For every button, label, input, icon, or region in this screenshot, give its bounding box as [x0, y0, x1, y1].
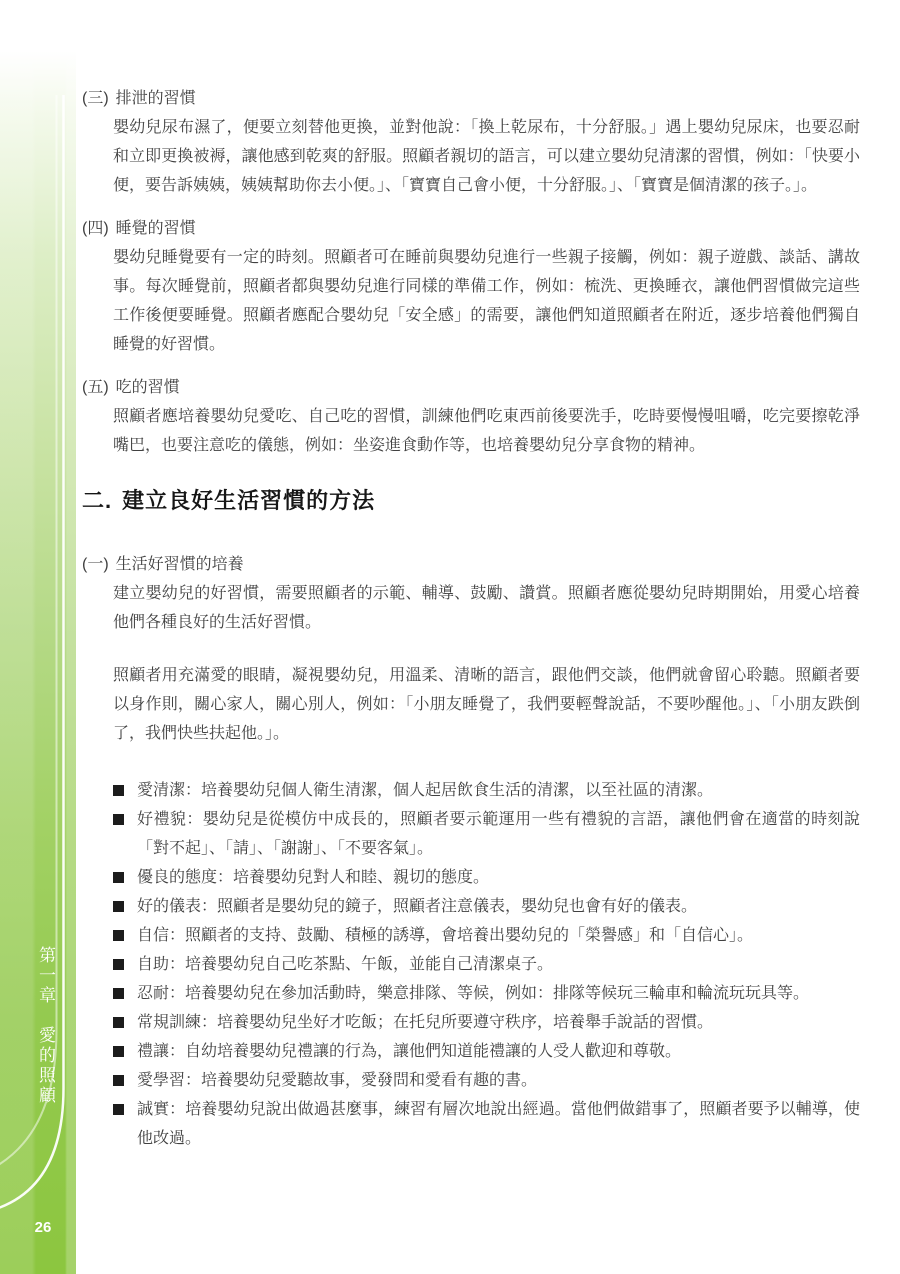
- bullet-text: 優良的態度：培養嬰幼兒對人和睦、親切的態度。: [137, 863, 860, 892]
- section-header: (三)排泄的習慣: [82, 84, 860, 113]
- section-body: 照顧者應培養嬰幼兒愛吃、自己吃的習慣，訓練他們吃東西前後要洗手，吃時要慢慢咀嚼，…: [113, 402, 860, 460]
- subsection-title: 生活好習慣的培養: [116, 556, 244, 573]
- list-item: 優良的態度：培養嬰幼兒對人和睦、親切的態度。: [113, 863, 860, 892]
- bullet-square-icon: [113, 901, 124, 912]
- chapter-vertical-label: 第一章 愛的照顧: [33, 946, 58, 1106]
- list-item: 愛清潔：培養嬰幼兒個人衛生清潔，個人起居飲食生活的清潔，以至社區的清潔。: [113, 776, 860, 805]
- section-title: 睡覺的習慣: [116, 220, 196, 237]
- bullet-square-icon: [113, 872, 124, 883]
- bullet-text: 忍耐：培養嬰幼兒在參加活動時，樂意排隊、等候，例如：排隊等候玩三輪車和輪流玩玩具…: [137, 979, 860, 1008]
- chapter-section-heading: 二.建立良好生活習慣的方法: [82, 486, 860, 516]
- bullet-text: 禮讓：自幼培養嬰幼兒禮讓的行為，讓他們知道能禮讓的人受人歡迎和尊敬。: [137, 1037, 860, 1066]
- section-header: (四)睡覺的習慣: [82, 214, 860, 243]
- section-label: (三): [82, 90, 109, 107]
- heading-text: 建立良好生活習慣的方法: [122, 488, 375, 513]
- bullet-text: 誠實：培養嬰幼兒說出做過甚麼事，練習有層次地說出經過。當他們做錯事了，照顧者要予…: [137, 1095, 860, 1153]
- section-excretion-habit: (三)排泄的習慣 嬰幼兒尿布濕了，便要立刻替他更換，並對他說：「換上乾尿布，十分…: [82, 84, 860, 200]
- bullet-text: 好的儀表：照顧者是嬰幼兒的鏡子，照顧者注意儀表，嬰幼兒也會有好的儀表。: [137, 892, 860, 921]
- bullet-square-icon: [113, 930, 124, 941]
- list-item: 忍耐：培養嬰幼兒在參加活動時，樂意排隊、等候，例如：排隊等候玩三輪車和輪流玩玩具…: [113, 979, 860, 1008]
- bullet-text: 自助：培養嬰幼兒自己吃茶點、午飯，並能自己清潔桌子。: [137, 950, 860, 979]
- page-number: 26: [26, 1219, 60, 1236]
- bullet-text: 好禮貌：嬰幼兒是從模仿中成長的，照顧者要示範運用一些有禮貌的言語，讓他們會在適當…: [137, 805, 860, 863]
- habit-bullet-list: 愛清潔：培養嬰幼兒個人衛生清潔，個人起居飲食生活的清潔，以至社區的清潔。 好禮貌…: [113, 776, 860, 1153]
- list-item: 愛學習：培養嬰幼兒愛聽故事，愛發問和愛看有趣的書。: [113, 1066, 860, 1095]
- section-title: 排泄的習慣: [116, 90, 196, 107]
- bullet-square-icon: [113, 1075, 124, 1086]
- section-sleep-habit: (四)睡覺的習慣 嬰幼兒睡覺要有一定的時刻。照顧者可在睡前與嬰幼兒進行一些親子接…: [82, 214, 860, 359]
- chapter-sidebar: 第一章 愛的照顧 26: [0, 0, 76, 1274]
- section-body: 嬰幼兒尿布濕了，便要立刻替他更換，並對他說：「換上乾尿布，十分舒服。」遇上嬰幼兒…: [113, 113, 860, 200]
- subsection-good-habit-cultivation: (一)生活好習慣的培養 建立嬰幼兒的好習慣，需要照顧者的示範、輔導、鼓勵、讚賞。…: [82, 550, 860, 748]
- bullet-square-icon: [113, 814, 124, 825]
- bullet-text: 自信：照顧者的支持、鼓勵、積極的誘導，會培養出嬰幼兒的「榮譽感」和「自信心」。: [137, 921, 860, 950]
- bullet-text: 愛學習：培養嬰幼兒愛聽故事，愛發問和愛看有趣的書。: [137, 1066, 860, 1095]
- bullet-square-icon: [113, 1046, 124, 1057]
- list-item: 好的儀表：照顧者是嬰幼兒的鏡子，照顧者注意儀表，嬰幼兒也會有好的儀表。: [113, 892, 860, 921]
- list-item: 常規訓練：培養嬰幼兒坐好才吃飯；在托兒所要遵守秩序，培養舉手說話的習慣。: [113, 1008, 860, 1037]
- section-label: (四): [82, 220, 109, 237]
- list-item: 好禮貌：嬰幼兒是從模仿中成長的，照顧者要示範運用一些有禮貌的言語，讓他們會在適當…: [113, 805, 860, 863]
- bullet-text: 常規訓練：培養嬰幼兒坐好才吃飯；在托兒所要遵守秩序，培養舉手說話的習慣。: [137, 1008, 860, 1037]
- subsection-paragraph: 照顧者用充滿愛的眼睛，凝視嬰幼兒，用溫柔、清晰的語言，跟他們交談，他們就會留心聆…: [113, 661, 860, 748]
- heading-number: 二.: [82, 488, 112, 513]
- list-item: 禮讓：自幼培養嬰幼兒禮讓的行為，讓他們知道能禮讓的人受人歡迎和尊敬。: [113, 1037, 860, 1066]
- bullet-square-icon: [113, 959, 124, 970]
- section-body: 嬰幼兒睡覺要有一定的時刻。照顧者可在睡前與嬰幼兒進行一些親子接觸，例如：親子遊戲…: [113, 243, 860, 359]
- section-title: 吃的習慣: [116, 379, 180, 396]
- bullet-text: 愛清潔：培養嬰幼兒個人衛生清潔，個人起居飲食生活的清潔，以至社區的清潔。: [137, 776, 860, 805]
- bullet-square-icon: [113, 785, 124, 796]
- list-item: 自助：培養嬰幼兒自己吃茶點、午飯，並能自己清潔桌子。: [113, 950, 860, 979]
- section-eating-habit: (五)吃的習慣 照顧者應培養嬰幼兒愛吃、自己吃的習慣，訓練他們吃東西前後要洗手，…: [82, 373, 860, 460]
- subsection-paragraph: 建立嬰幼兒的好習慣，需要照顧者的示範、輔導、鼓勵、讚賞。照顧者應從嬰幼兒時期開始…: [113, 579, 860, 637]
- page-content: (三)排泄的習慣 嬰幼兒尿布濕了，便要立刻替他更換，並對他說：「換上乾尿布，十分…: [82, 0, 860, 1153]
- list-item: 誠實：培養嬰幼兒說出做過甚麼事，練習有層次地說出經過。當他們做錯事了，照顧者要予…: [113, 1095, 860, 1153]
- list-item: 自信：照顧者的支持、鼓勵、積極的誘導，會培養出嬰幼兒的「榮譽感」和「自信心」。: [113, 921, 860, 950]
- subsection-label: (一): [82, 556, 109, 573]
- bullet-square-icon: [113, 988, 124, 999]
- bullet-square-icon: [113, 1104, 124, 1115]
- section-header: (五)吃的習慣: [82, 373, 860, 402]
- bullet-square-icon: [113, 1017, 124, 1028]
- section-label: (五): [82, 379, 109, 396]
- subsection-header: (一)生活好習慣的培養: [82, 550, 860, 579]
